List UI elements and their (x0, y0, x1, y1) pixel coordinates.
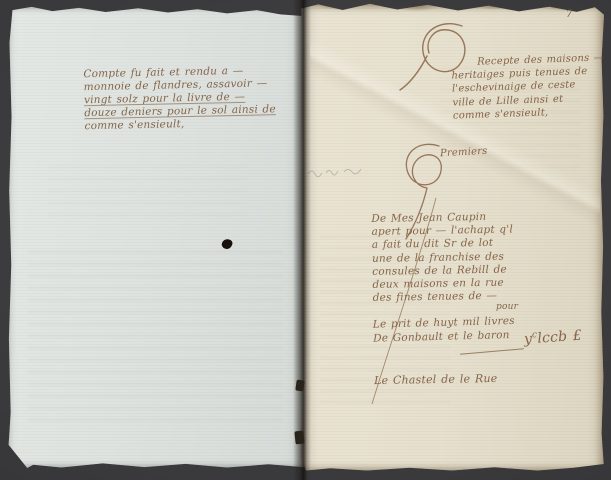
left-page-note: Compte fu fait et rendu a — monnoie de f… (83, 64, 294, 133)
page-number: 7 (566, 9, 572, 20)
bottom-line: Le Chastel de le Rue (374, 372, 498, 387)
binding-tab (294, 431, 304, 445)
pour-word: pour (496, 302, 518, 312)
show-through-texture (48, 156, 248, 216)
pencil-margin-mark (306, 162, 364, 182)
right-page-heading: Recepte des maisons — heritaiges puis te… (451, 51, 605, 122)
amount-value: lccb £ (537, 328, 583, 347)
right-page-body: De Mes Jean Caupin apert pour — l'achapt… (371, 209, 591, 305)
manuscript-scan: Compte fu fait et rendu a — monnoie de f… (0, 0, 611, 480)
show-through-texture (28, 251, 283, 421)
binding-tab (295, 379, 304, 391)
